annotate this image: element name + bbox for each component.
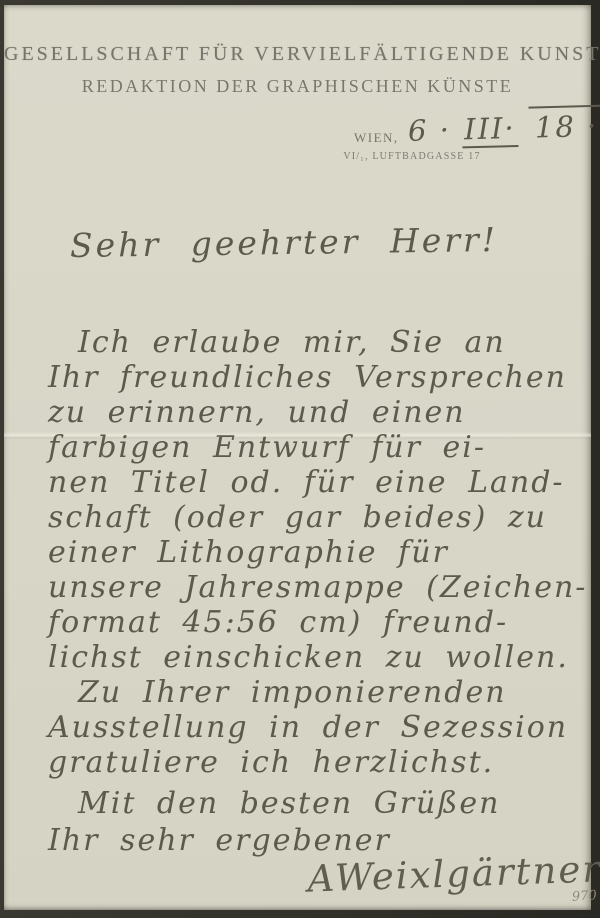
date-year: 18 · — [528, 104, 600, 144]
handwritten-line: lichst einschicken zu wollen. — [48, 640, 578, 675]
salutation: Sehr geehrter Herr! — [70, 220, 499, 265]
handwritten-line: Ihr freundliches Versprechen — [48, 360, 578, 395]
letter-page: GESELLSCHAFT FÜR VERVIELFÄLTIGENDE KUNST… — [4, 5, 591, 910]
letter-body: Ich erlaube mir, Sie an Ihr freundliches… — [48, 325, 578, 896]
handwritten-line: einer Lithographie für — [48, 535, 578, 570]
paragraph-1: Ich erlaube mir, Sie an Ihr freundliches… — [48, 325, 578, 675]
handwritten-line: zu erinnern, und einen — [48, 395, 578, 430]
handwritten-line: unsere Jahresmappe (Zeichen- — [48, 570, 578, 605]
handwritten-date: 6 · III· 18 · — [408, 108, 600, 148]
handwritten-line: schaft (oder gar beides) zu — [48, 500, 578, 535]
letterhead-department: REDAKTION DER GRAPHISCHEN KÜNSTE — [4, 76, 591, 97]
handwritten-line: Ausstellung in der Sezession — [48, 710, 578, 745]
scan-background: GESELLSCHAFT FÜR VERVIELFÄLTIGENDE KUNST… — [0, 0, 600, 918]
date-month: III· — [462, 111, 519, 148]
closing: Mit den besten Grüßen Ihr sehr ergebener — [48, 785, 578, 859]
letterhead-address: VI/₁, LUFTBADGASSE 17 — [322, 151, 502, 162]
closing-line: Mit den besten Grüßen — [48, 785, 578, 822]
handwritten-line: nen Titel od. für eine Land- — [48, 465, 578, 500]
handwritten-line: farbigen Entwurf für ei- — [48, 430, 578, 465]
handwritten-line: gratuliere ich herzlichst. — [48, 745, 578, 780]
paragraph-2: Zu Ihrer imponierenden Ausstellung in de… — [48, 675, 578, 780]
letterhead-organization: GESELLSCHAFT FÜR VERVIELFÄLTIGENDE KUNST — [4, 43, 591, 66]
archive-number-pencil: 970 — [572, 888, 598, 905]
handwritten-line: Ich erlaube mir, Sie an — [48, 325, 578, 360]
letterhead-city-label: WIEN, — [354, 130, 399, 146]
signature: AWeixlgärtner — [48, 851, 600, 905]
handwritten-line: Zu Ihrer imponierenden — [48, 675, 578, 710]
date-day: 6 · — [408, 113, 452, 148]
handwritten-line: format 45:56 cm) freund- — [48, 605, 578, 640]
